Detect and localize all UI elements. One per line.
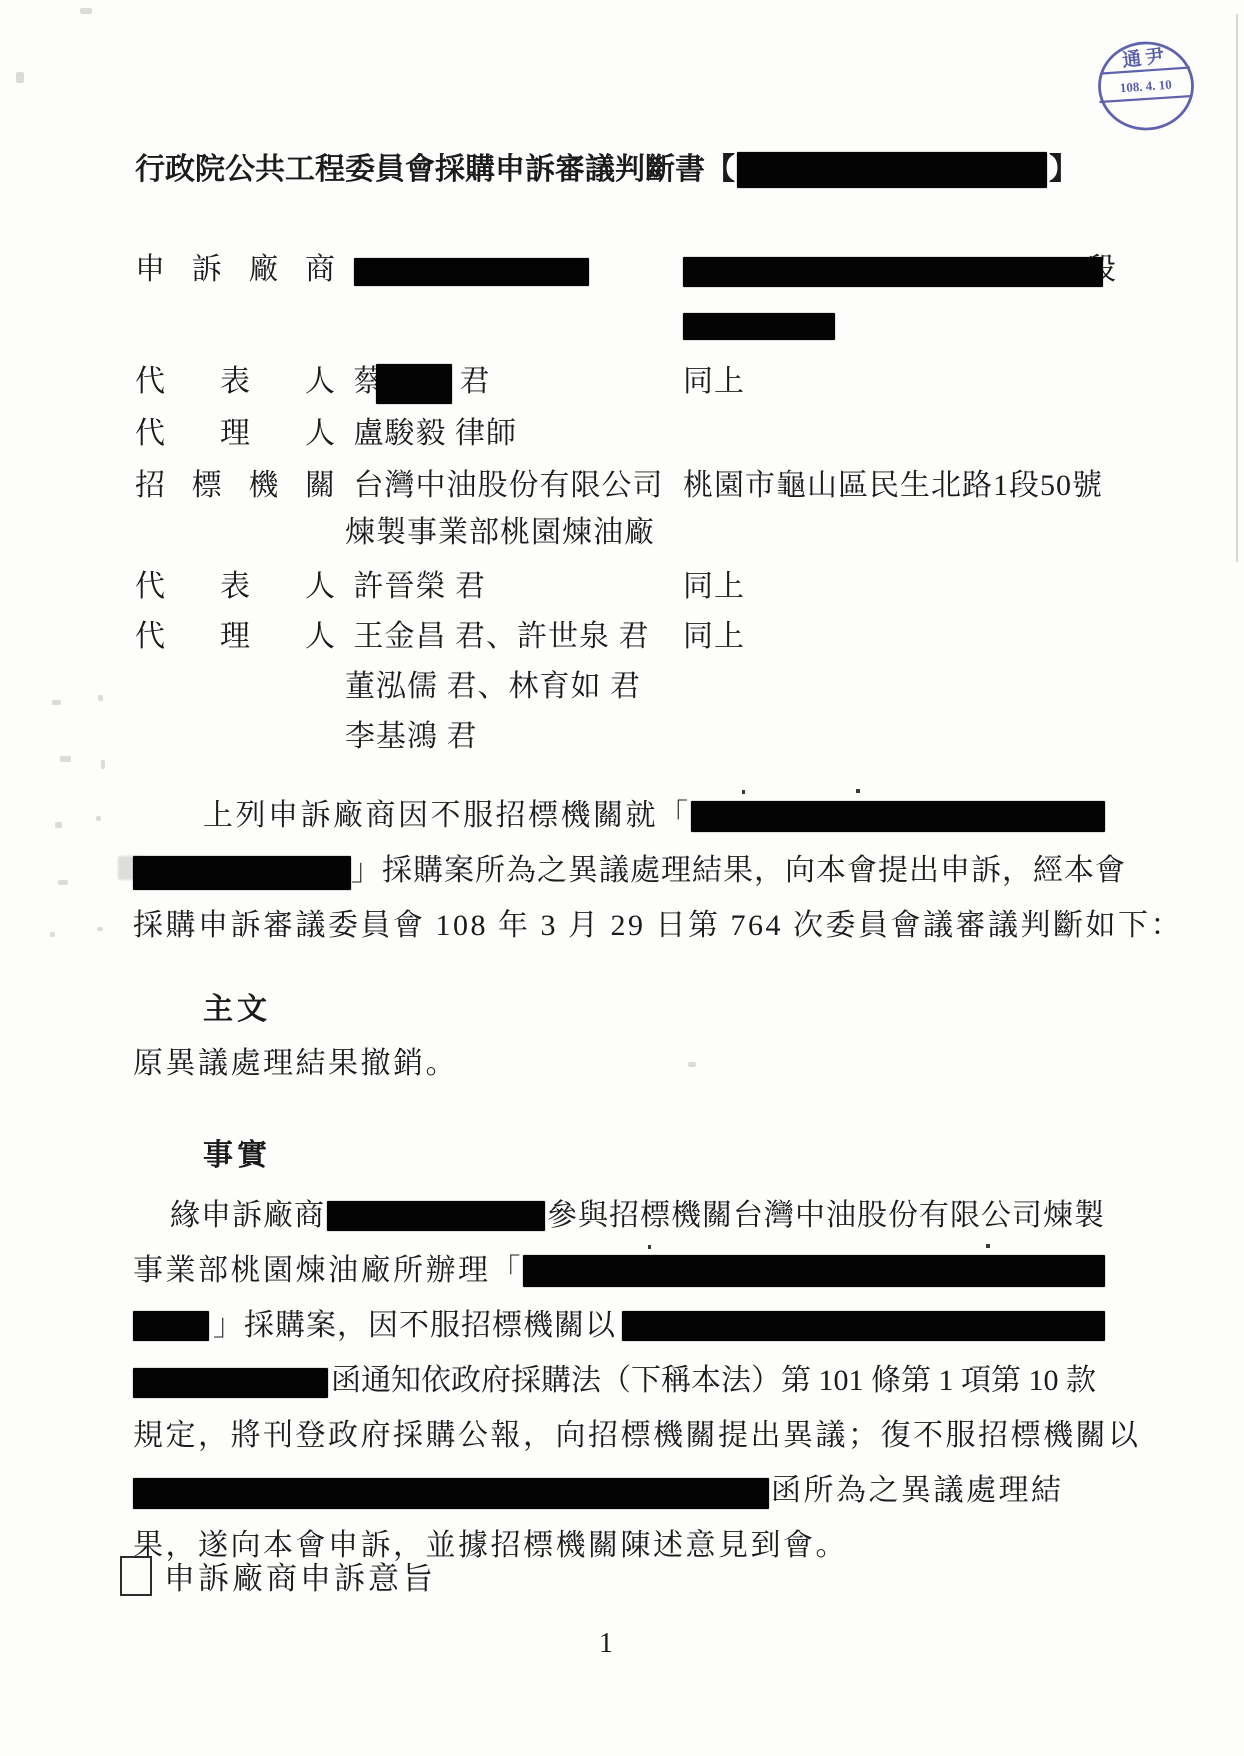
scan-speck [688, 1062, 696, 1067]
party-label: 申訴廠商 [135, 248, 335, 292]
intro-line-2: 」採購案所為之異議處理結果，向本會提出申訴，經本會 [133, 849, 1126, 893]
representative-2-name: 許晉榮 君 [354, 565, 487, 609]
redaction-stroke-remnant [742, 790, 745, 794]
scan-speck [58, 880, 68, 885]
redaction-stroke-remnant [986, 1244, 990, 1248]
redaction-bar [133, 1478, 769, 1509]
facts-line-6-text: 函所為之異議處理結 [771, 1474, 1064, 1507]
agency-name-line1: 台灣中油股份有限公司 [354, 464, 664, 508]
redaction-bar [133, 856, 351, 890]
agent-1-name: 盧駿毅 律師 [354, 412, 518, 456]
party-row-representative-1: 代表人 蔡君 同上 [135, 360, 1240, 404]
scan-speck [101, 760, 105, 769]
party-label: 代理人 [135, 615, 335, 659]
intro-line-1-text: 上列申訴廠商因不服招標機關就「 [133, 794, 691, 838]
section-heading-main-text: 主文 [203, 988, 271, 1032]
complainant-address-line2 [683, 302, 835, 346]
agent-2-names-line1: 王金昌 君、許世泉 君 [354, 615, 650, 659]
approval-date-stamp: 通尹 108. 4. 10 [1096, 40, 1196, 132]
facts-line-4-text: 函通知依政府採購法（下稱本法）第 101 條第 1 項第 10 款 [331, 1364, 1096, 1397]
facts-line-3: 」採購案，因不服招標機關以 [133, 1304, 1105, 1348]
section-checkbox-label: 申訴廠商申訴意旨 [164, 1561, 436, 1596]
agency-name-line2: 煉製事業部桃園煉油廠 [345, 511, 655, 555]
facts-line-1-rest: 參與招標機關台灣中油股份有限公司煉製 [547, 1194, 1105, 1238]
heading-text: 事實 [203, 1139, 271, 1172]
scanned-document-page: 通尹 108. 4. 10 行政院公共工程委員會採購申訴審議判斷書【】 申訴廠商… [0, 0, 1244, 1756]
scan-speck [16, 72, 24, 83]
party-label: 招標機關 [135, 464, 335, 508]
heading-text: 主文 [203, 993, 271, 1026]
scan-speck [97, 927, 103, 931]
redaction-bar [683, 257, 1103, 287]
scan-speck [55, 822, 62, 828]
facts-line-3-text: 」採購案，因不服招標機關以 [213, 1304, 616, 1348]
same-as-above: 同上 [683, 360, 745, 404]
stamp-lower-rule [1100, 96, 1193, 102]
stamp-date-text: 108. 4. 10 [1119, 77, 1172, 96]
facts-line-1: 緣申訴廠商參與招標機關台灣中油股份有限公司煉製 [133, 1194, 1105, 1238]
redaction-bar [691, 801, 1106, 832]
representative-1-name: 蔡君 [354, 360, 491, 404]
same-as-above: 同上 [683, 615, 745, 659]
redaction-bar [523, 1255, 1105, 1287]
intro-line-1: 上列申訴廠商因不服招標機關就「 [133, 794, 1105, 838]
document-title-text: 行政院公共工程委員會採購申訴審議判斷書【 [135, 150, 735, 190]
facts-line-1-lead: 緣申訴廠商 [133, 1194, 325, 1238]
intro-line-2-text: 」採購案所為之異議處理結果，向本會提出申訴，經本會 [351, 854, 1126, 887]
party-label: 代表人 [135, 360, 335, 404]
facts-line-2-text: 事業部桃園煉油廠所辦理「 [133, 1249, 523, 1293]
facts-line-5: 規定，將刊登政府採購公報，向招標機關提出異議；復不服招標機關以 [133, 1414, 1141, 1458]
redaction-stroke-remnant [856, 789, 860, 793]
intro-line-3-text: 採購申訴審議委員會 108 年 3 月 29 日第 764 次委員會議審議判斷如… [133, 909, 1183, 942]
redaction-bar [133, 1311, 209, 1341]
facts-line-2: 事業部桃園煉油廠所辦理「 [133, 1249, 1105, 1293]
party-row-agent-2-line2: 董泓儒 君、林育如 君 [135, 665, 1240, 709]
facts-line-5-text: 規定，將刊登政府採購公報，向招標機關提出異議；復不服招標機關以 [133, 1419, 1141, 1452]
complainant-name-redacted [354, 248, 589, 292]
same-as-above: 同上 [683, 565, 745, 609]
complainant-address-line1: 段 [683, 248, 1117, 292]
section-checkbox-line: 申訴廠商申訴意旨 [120, 1556, 436, 1601]
redaction-bar [683, 313, 835, 340]
party-row-agent-2-line3: 李基鴻 君 [135, 715, 1240, 759]
redaction-bar [622, 1311, 1105, 1341]
redaction-bar [133, 1368, 328, 1398]
scan-speck [98, 695, 103, 701]
main-text-body: 原異議處理結果撤銷。 [133, 1042, 458, 1086]
section-heading-facts: 事實 [203, 1134, 271, 1178]
main-text-sentence: 原異議處理結果撤銷。 [133, 1047, 458, 1080]
agency-address: 桃園市龜山區民生北路1段50號 [683, 464, 1103, 508]
scan-speck [52, 700, 61, 705]
party-row-agency: 招標機關 台灣中油股份有限公司 桃園市龜山區民生北路1段50號 [135, 464, 1240, 508]
party-row-agent-1: 代理人 盧駿毅 律師 [135, 412, 1240, 456]
redaction-bar [327, 1201, 545, 1231]
party-row-representative-2: 代表人 許晉榮 君 同上 [135, 565, 1240, 609]
scan-speck [60, 756, 71, 762]
party-row-complainant: 申訴廠商 段 [135, 248, 1240, 292]
document-title: 行政院公共工程委員會採購申訴審議判斷書【】 [135, 150, 1079, 190]
empty-checkbox-glyph [120, 1556, 152, 1596]
page-number: 1 [0, 1628, 1212, 1660]
party-label: 代理人 [135, 412, 335, 456]
stamp-office-text: 通尹 [1121, 44, 1169, 71]
redaction-bar [737, 152, 1047, 188]
party-row-agent-2: 代理人 王金昌 君、許世泉 君 同上 [135, 615, 1240, 659]
agent-2-names-line3: 李基鴻 君 [345, 715, 478, 759]
name-honorific: 君 [460, 365, 491, 398]
scan-speck [50, 932, 55, 937]
facts-line-6: 函所為之異議處理結 [133, 1469, 1064, 1513]
agent-2-names-line2: 董泓儒 君、林育如 君 [345, 665, 641, 709]
intro-line-3: 採購申訴審議委員會 108 年 3 月 29 日第 764 次委員會議審議判斷如… [133, 904, 1183, 948]
redaction-stroke-remnant [648, 1245, 651, 1249]
facts-line-4: 函通知依政府採購法（下稱本法）第 101 條第 1 項第 10 款 [133, 1359, 1096, 1403]
scan-speck [80, 8, 92, 14]
page-number-text: 1 [599, 1628, 613, 1659]
party-row-agency-line2: 煉製事業部桃園煉油廠 [135, 511, 1240, 555]
redaction-bar [376, 364, 452, 404]
scan-speck [96, 816, 101, 821]
document-title-close-bracket: 】 [1049, 150, 1079, 190]
party-label: 代表人 [135, 565, 335, 609]
redaction-bar [354, 258, 589, 286]
